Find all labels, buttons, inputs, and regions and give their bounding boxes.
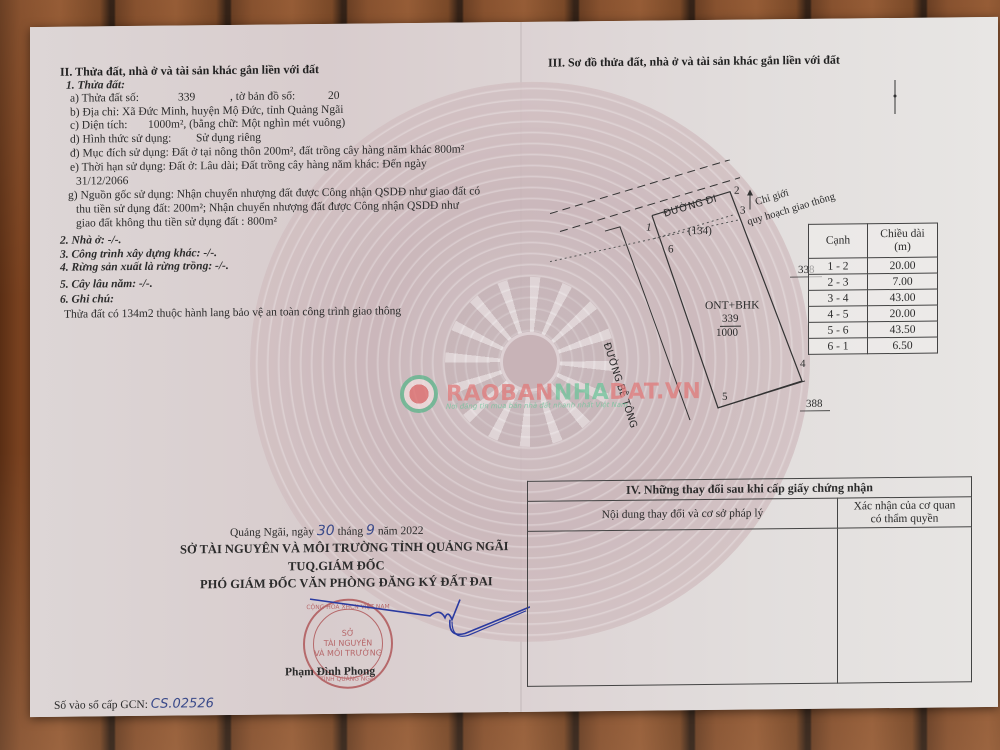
point-4: 4 bbox=[800, 357, 806, 371]
usage-term-date: 31/12/2066 bbox=[76, 174, 128, 189]
parcel-number: 339 bbox=[178, 90, 195, 104]
length-cell: 20.00 bbox=[868, 305, 938, 322]
usage-form-value: Sử dụng riêng bbox=[196, 131, 261, 146]
table-row: 5 - 643.50 bbox=[809, 321, 938, 338]
table-row: 1 - 220.00 bbox=[809, 257, 938, 274]
table-row: 3 - 443.00 bbox=[809, 289, 938, 306]
raobannhadat-watermark: RAOBANNHADAT.VN Nơi đăng tin mua bán nhà… bbox=[400, 372, 701, 413]
forest-item: 4. Rừng sản xuất là rừng trồng: -/-. bbox=[60, 259, 229, 275]
place-date-prefix: Quảng Ngãi, ngày bbox=[230, 526, 314, 539]
watermark-tagline: Nơi đăng tin mua bán nhà đất nhanh nhất … bbox=[446, 401, 628, 411]
map-sheet-label: , tờ bản đồ số: bbox=[230, 89, 295, 104]
point-3: 3 bbox=[740, 204, 746, 218]
point-2: 2 bbox=[734, 184, 740, 198]
length-header: Chiều dài (m) bbox=[868, 223, 938, 258]
length-cell: 20.00 bbox=[868, 257, 938, 274]
year-label: năm 2022 bbox=[378, 525, 424, 537]
table-row: 6 - 16.50 bbox=[809, 337, 938, 354]
land-certificate-document: II. Thửa đất, nhà ở và tài sản khác gắn … bbox=[30, 17, 998, 717]
neighbor-south: 388 bbox=[806, 397, 823, 411]
point-6: 6 bbox=[668, 242, 674, 256]
left-page: II. Thửa đất, nhà ở và tài sản khác gắn … bbox=[30, 22, 520, 717]
confirm-header-line-1: Xác nhận của cơ quan bbox=[838, 499, 971, 513]
signer-role-1: TUQ.GIÁM ĐỐC bbox=[288, 558, 385, 573]
diagram-parcel-area: 1000 bbox=[716, 326, 738, 340]
usage-form-label: d) Hình thức sử dụng: bbox=[70, 132, 171, 147]
registry-label: Số vào sổ cấp GCN: bbox=[54, 699, 148, 712]
changes-confirm-cell bbox=[838, 527, 972, 683]
edge-cell: 5 - 6 bbox=[809, 322, 868, 339]
origin-line-3: giao đất không thu tiền sử dụng đất : 80… bbox=[76, 214, 277, 230]
point-5: 5 bbox=[722, 390, 728, 404]
edge-length-table: Cạnh Chiều dài (m) 1 - 220.00 2 - 37.00 … bbox=[808, 223, 938, 355]
corridor-area: (134) bbox=[688, 224, 712, 238]
length-cell: 43.50 bbox=[868, 321, 938, 338]
signature-icon bbox=[290, 587, 530, 650]
section-iii-title: III. Sơ đồ thửa đất, nhà ở và tài sản kh… bbox=[548, 53, 840, 71]
confirm-header-line-2: có thẩm quyền bbox=[838, 512, 971, 526]
map-sheet-number: 20 bbox=[328, 89, 340, 103]
table-row: 2 - 37.00 bbox=[809, 273, 938, 290]
edge-cell: 6 - 1 bbox=[809, 338, 868, 355]
north-arrow-icon bbox=[890, 78, 900, 118]
length-cell: 6.50 bbox=[868, 337, 938, 354]
area-label: c) Diện tích: bbox=[70, 118, 127, 133]
usage-term: e) Thời hạn sử dụng: Đất ở: Lâu dài; Đất… bbox=[70, 157, 427, 175]
signing-place-date: Quảng Ngãi, ngày 30 tháng 9 năm 2022 bbox=[230, 523, 424, 540]
edge-cell: 4 - 5 bbox=[809, 306, 868, 323]
watermark-logo-icon bbox=[400, 375, 438, 413]
registry-line: Số vào sổ cấp GCN: CS.02526 bbox=[54, 697, 214, 713]
table-row: 4 - 520.00 bbox=[809, 305, 938, 322]
edge-cell: 1 - 2 bbox=[809, 258, 868, 275]
perennial-item: 5. Cây lâu năm: -/-. bbox=[60, 277, 153, 292]
parcel-label: a) Thửa đất số: bbox=[70, 91, 139, 106]
section-ii-title: II. Thửa đất, nhà ở và tài sản khác gắn … bbox=[60, 62, 319, 80]
registry-number: CS.02526 bbox=[151, 696, 214, 712]
notes-heading: 6. Ghi chú: bbox=[60, 292, 114, 307]
length-cell: 43.00 bbox=[868, 289, 938, 306]
month-label: tháng bbox=[338, 526, 364, 538]
area-value: 1000m², (bằng chữ: Một nghìn mét vuông) bbox=[148, 116, 345, 132]
signer-name: Phạm Đình Phong bbox=[285, 664, 375, 679]
edge-header: Cạnh bbox=[809, 224, 868, 259]
changes-confirm-header: Xác nhận của cơ quan có thẩm quyền bbox=[838, 497, 972, 528]
sign-month: 9 bbox=[366, 522, 375, 538]
edge-cell: 3 - 4 bbox=[809, 290, 868, 307]
length-cell: 7.00 bbox=[868, 273, 938, 290]
point-1: 1 bbox=[646, 221, 652, 235]
edge-cell: 2 - 3 bbox=[809, 274, 868, 291]
issuing-agency: SỞ TÀI NGUYÊN VÀ MÔI TRƯỜNG TỈNH QUẢNG N… bbox=[180, 539, 509, 556]
sign-day: 30 bbox=[317, 523, 335, 539]
house-item: 2. Nhà ở: -/-. bbox=[60, 233, 121, 248]
changes-content-cell bbox=[528, 528, 838, 686]
notes-text: Thửa đất có 134m2 thuộc hành lang bảo vệ… bbox=[64, 304, 401, 322]
changes-table: IV. Những thay đổi sau khi cấp giấy chứn… bbox=[527, 476, 972, 687]
diagram-parcel-number: 339 bbox=[720, 312, 741, 327]
changes-content-header: Nội dung thay đổi và cơ sở pháp lý bbox=[528, 498, 838, 531]
